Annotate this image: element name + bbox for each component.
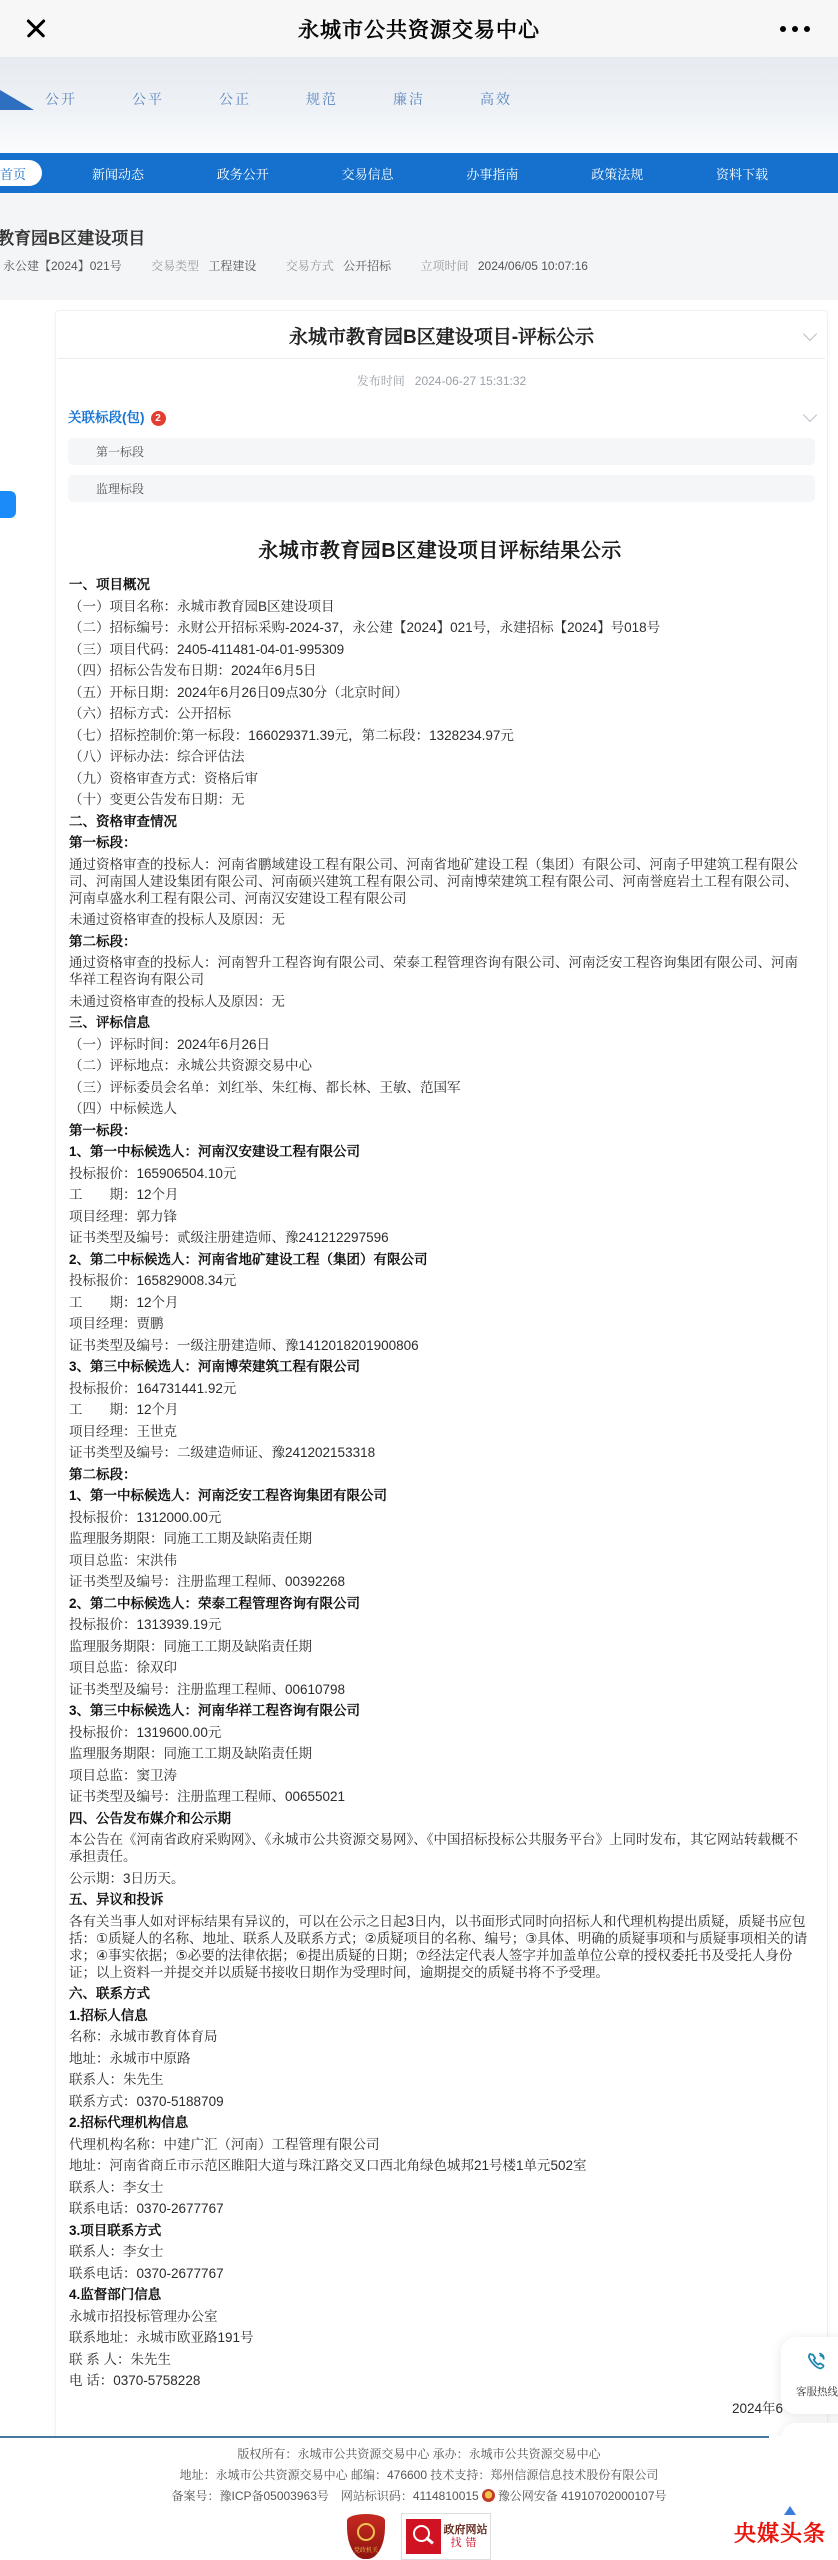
document-date: 2024年6 [69, 2397, 811, 2417]
doc-paragraph: （三）评标委员会名单：刘红举、朱红梅、都长林、王敏、范国军 [69, 1079, 811, 1096]
document-body: 一、项目概况（一）项目名称：永城市教育园B区建设项目（二）招标编号：永财公开招标… [69, 576, 811, 2389]
doc-paragraph: （十）变更公告发布日期：无 [69, 791, 811, 808]
section-list: 第一标段监理标段 [68, 438, 815, 502]
doc-paragraph: 未通过资格审查的投标人及原因：无 [69, 993, 811, 1010]
related-sections-toggle[interactable]: 关联标段(包)2 [68, 406, 815, 426]
doc-paragraph: 第一标段： [69, 1122, 811, 1139]
doc-paragraph: （一）评标时间：2024年6月26日 [69, 1036, 811, 1053]
doc-paragraph: 联系人：李女士 [69, 2179, 811, 2196]
trade-mode-label: 交易方式 [286, 259, 334, 273]
more-menu-icon[interactable] [780, 26, 810, 32]
doc-paragraph: 监理服务期限：同施工工期及缺陷责任期 [69, 1638, 811, 1655]
project-header: 永城市教育园B区建设项目 永公建【2024】021号 交易类型 工程建设 交易方… [0, 193, 838, 300]
doc-paragraph: 项目总监：窦卫涛 [69, 1767, 811, 1784]
doc-paragraph: （七）招标控制价:第一标段：166029371.39元，第二标段：1328234… [69, 727, 811, 744]
doc-paragraph: 投标报价：1319600.00元 [69, 1724, 811, 1741]
media-arrow-icon [784, 2506, 796, 2515]
chevron-down-icon[interactable] [803, 408, 817, 422]
section-bar[interactable]: 监理标段 [68, 475, 815, 502]
banner-slogan: 公开公平公正规范廉洁高效 [45, 89, 512, 109]
doc-paragraph: 投标报价：164731441.92元 [69, 1380, 811, 1397]
doc-paragraph: 投标报价：1312000.00元 [69, 1509, 811, 1526]
document-title: 永城市教育园B区建设项目评标结果公示 [69, 534, 811, 563]
doc-paragraph: 联系人：李女士 [69, 2243, 811, 2260]
doc-paragraph: （五）开标日期：2024年6月26日09点30分（北京时间） [69, 684, 811, 701]
doc-paragraph: 联系人：朱先生 [69, 2071, 811, 2088]
site-footer: 版权所有：永城市公共资源交易中心 承办：永城市公共资源交易中心 地址：永城市公共… [0, 2436, 838, 2560]
slogan-word: 高效 [480, 89, 512, 109]
doc-paragraph: 证书类型及编号：注册监理工程师、00392268 [69, 1573, 811, 1590]
footer-address: 地址：永城市公共资源交易中心 邮编：476600 技术支持：郑州信源信息技术股份… [0, 2465, 838, 2486]
doc-paragraph: 六、联系方式 [69, 1985, 811, 2002]
nav-item[interactable]: 政务公开 [217, 164, 269, 183]
doc-paragraph: 二、资格审查情况 [69, 813, 811, 830]
slogan-word: 公平 [132, 89, 164, 109]
doc-paragraph: 第二标段： [69, 1466, 811, 1483]
doc-paragraph: 一、项目概况 [69, 576, 811, 593]
service-hotline-label: 客服热线 [781, 2384, 838, 2399]
service-hotline-button[interactable]: 客服热线 [781, 2337, 838, 2414]
related-count-badge: 2 [151, 411, 166, 426]
doc-paragraph: 投标报价：165906504.10元 [69, 1165, 811, 1182]
media-watermark: 央媒头条 [734, 2517, 826, 2548]
doc-paragraph: 永城市招投标管理办公室 [69, 2308, 811, 2325]
footer-police[interactable]: 豫公网安备 41910702000107号 [498, 2489, 667, 2503]
site-logo-icon [0, 90, 34, 110]
doc-paragraph: 2.招标代理机构信息 [69, 2114, 811, 2131]
doc-paragraph: 2、第二中标候选人：河南省地矿建设工程（集团）有限公司 [69, 1251, 811, 1268]
notice-title: 永城市教育园B区建设项目-评标公示 [88, 322, 795, 349]
nav-item[interactable]: 新闻动态 [92, 164, 144, 183]
doc-paragraph: （四）招标公告发布日期：2024年6月5日 [69, 662, 811, 679]
footer-divider [0, 2436, 769, 2438]
project-meta: 永公建【2024】021号 交易类型 工程建设 交易方式 公开招标 立项时间 2… [3, 257, 614, 274]
doc-paragraph: 未通过资格审查的投标人及原因：无 [69, 911, 811, 928]
doc-paragraph: 工 期：12个月 [69, 1401, 811, 1418]
slogan-word: 公正 [219, 89, 251, 109]
project-title: 永城市教育园B区建设项目 [0, 224, 145, 249]
police-badge-icon [482, 2489, 495, 2502]
doc-paragraph: （二）评标地点：永城公共资源交易中心 [69, 1057, 811, 1074]
doc-paragraph: 通过资格审查的投标人：河南省鹏域建设工程有限公司、河南省地矿建设工程（集团）有限… [69, 856, 811, 907]
nav-item-home[interactable]: 首页 [0, 160, 42, 186]
nav-item[interactable]: 交易信息 [342, 164, 394, 183]
doc-paragraph: 监理服务期限：同施工工期及缺陷责任期 [69, 1745, 811, 1762]
slogan-word: 规范 [306, 89, 338, 109]
footer-icp: 备案号：豫ICP备05003963号 网站标识码：4114810015 [171, 2489, 478, 2503]
publish-row: 发布时间2024-06-27 15:31:32 [56, 372, 827, 389]
doc-paragraph: 联 系 人：朱先生 [69, 2351, 811, 2368]
doc-paragraph: 地址：河南省商丘市示范区睢阳大道与珠江路交叉口西北角绿色城邦21号楼1单元502… [69, 2157, 811, 2174]
doc-paragraph: 联系方式：0370-5188709 [69, 2093, 811, 2110]
doc-paragraph: 项目经理：王世克 [69, 1423, 811, 1440]
doc-paragraph: 3.项目联系方式 [69, 2222, 811, 2239]
site-banner: 公开公平公正规范廉洁高效 [0, 57, 838, 153]
notice-card: 永城市教育园B区建设项目-评标公示 发布时间2024-06-27 15:31:3… [55, 310, 828, 2444]
doc-paragraph: 地址：永城市中原路 [69, 2050, 811, 2067]
doc-paragraph: 工 期：12个月 [69, 1186, 811, 1203]
section-bar[interactable]: 第一标段 [68, 438, 815, 465]
doc-paragraph: 证书类型及编号：贰级注册建造师、豫241212297596 [69, 1229, 811, 1246]
nav-item[interactable]: 办事指南 [466, 164, 518, 183]
setup-time-label: 立项时间 [421, 259, 469, 273]
footer-icp-row: 备案号：豫ICP备05003963号 网站标识码：4114810015豫公网安备… [0, 2486, 838, 2507]
doc-paragraph: （一）项目名称：永城市教育园B区建设项目 [69, 598, 811, 615]
doc-paragraph: 项目总监：徐双印 [69, 1659, 811, 1676]
doc-paragraph: 3、第三中标候选人：河南博荣建筑工程有限公司 [69, 1358, 811, 1375]
doc-paragraph: 各有关当事人如对评标结果有异议的，可以在公示之日起3日内，以书面形式同时向招标人… [69, 1913, 811, 1981]
doc-paragraph: 五、异议和投诉 [69, 1891, 811, 1908]
doc-paragraph: （三）项目代码：2405-411481-04-01-995309 [69, 641, 811, 658]
nav-items: 新闻动态政务公开交易信息办事指南政策法规资料下载 [92, 153, 768, 193]
doc-paragraph: 通过资格审查的投标人：河南智升工程咨询有限公司、荣泰工程管理咨询有限公司、河南泛… [69, 954, 811, 988]
gov-shield-badge[interactable]: 党政机关 [347, 2514, 385, 2559]
related-label: 关联标段(包) [68, 410, 145, 425]
wechat-titlebar: 永城市公共资源交易中心 [0, 0, 838, 57]
doc-paragraph: 1、第一中标候选人：河南泛安工程咨询集团有限公司 [69, 1487, 811, 1504]
doc-paragraph: 2、第二中标候选人：荣泰工程管理咨询有限公司 [69, 1595, 811, 1612]
doc-paragraph: （九）资格审查方式：资格后审 [69, 770, 811, 787]
footer-badges: 党政机关 政府网站 找错 [0, 2513, 838, 2560]
doc-paragraph: 1、第一中标候选人：河南汉安建设工程有限公司 [69, 1143, 811, 1160]
doc-paragraph: 项目经理：贾鹏 [69, 1315, 811, 1332]
err-badge-line1: 政府网站 [441, 2524, 490, 2537]
doc-paragraph: （六）招标方式：公开招标 [69, 705, 811, 722]
doc-paragraph: 第一标段： [69, 834, 811, 851]
side-share-tab[interactable] [0, 491, 16, 518]
doc-paragraph: 3、第三中标候选人：河南华祥工程咨询有限公司 [69, 1702, 811, 1719]
doc-paragraph: 联系电话：0370-2677767 [69, 2265, 811, 2282]
trade-type-value: 工程建设 [208, 259, 256, 273]
doc-paragraph: 联系电话：0370-2677767 [69, 2200, 811, 2217]
err-badge-line2: 找错 [441, 2537, 490, 2550]
page-title: 永城市公共资源交易中心 [0, 14, 838, 44]
publish-label: 发布时间 [357, 374, 405, 388]
doc-paragraph: 监理服务期限：同施工工期及缺陷责任期 [69, 1530, 811, 1547]
slogan-word: 公开 [45, 89, 77, 109]
doc-paragraph: 证书类型及编号：一级注册建造师、豫1412018201900806 [69, 1337, 811, 1354]
trade-type-label: 交易类型 [151, 259, 199, 273]
doc-paragraph: （二）招标编号：永财公开招标采购-2024-37，永公建【2024】021号，永… [69, 619, 811, 636]
notice-document: 永城市教育园B区建设项目评标结果公示 一、项目概况（一）项目名称：永城市教育园B… [56, 512, 827, 2417]
doc-paragraph: （八）评标办法：综合评估法 [69, 748, 811, 765]
doc-paragraph: 投标报价：165829008.34元 [69, 1272, 811, 1289]
doc-paragraph: 4.监督部门信息 [69, 2286, 811, 2303]
nav-item[interactable]: 政策法规 [591, 164, 643, 183]
footer-copyright: 版权所有：永城市公共资源交易中心 承办：永城市公共资源交易中心 [0, 2444, 838, 2465]
trade-mode-value: 公开招标 [343, 259, 391, 273]
doc-paragraph: 联系地址：永城市欧亚路191号 [69, 2329, 811, 2346]
doc-paragraph: 证书类型及编号：注册监理工程师、00655021 [69, 1788, 811, 1805]
doc-paragraph: 代理机构名称：中建广汇（河南）工程管理有限公司 [69, 2136, 811, 2153]
doc-paragraph: 1.招标人信息 [69, 2007, 811, 2024]
doc-paragraph: 四、公告发布媒介和公示期 [69, 1810, 811, 1827]
magnifier-icon [406, 2519, 441, 2554]
doc-paragraph: 证书类型及编号：二级建造师证、豫241202153318 [69, 1444, 811, 1461]
doc-paragraph: 本公告在《河南省政府采购网》、《永城市公共资源交易网》、《中国招标投标公共服务平… [69, 1831, 811, 1865]
doc-paragraph: 投标报价：1313939.19元 [69, 1616, 811, 1633]
gov-site-error-badge[interactable]: 政府网站 找错 [401, 2513, 491, 2560]
publish-time: 2024-06-27 15:31:32 [415, 374, 526, 388]
nav-item[interactable]: 资料下载 [716, 164, 768, 183]
doc-paragraph: 工 期：12个月 [69, 1294, 811, 1311]
doc-paragraph: 第二标段： [69, 933, 811, 950]
doc-paragraph: 三、评标信息 [69, 1014, 811, 1031]
doc-paragraph: 电 话：0370-5758228 [69, 2372, 811, 2389]
project-code: 永公建【2024】021号 [3, 259, 122, 273]
doc-paragraph: 名称：永城市教育体育局 [69, 2028, 811, 2045]
doc-paragraph: （四）中标候选人 [69, 1100, 811, 1117]
doc-paragraph: 项目总监：宋洪伟 [69, 1552, 811, 1569]
main-nav: 首页 新闻动态政务公开交易信息办事指南政策法规资料下载 [0, 153, 838, 193]
doc-paragraph: 项目经理：郭力锋 [69, 1208, 811, 1225]
notice-header[interactable]: 永城市教育园B区建设项目-评标公示 [58, 311, 825, 359]
setup-time-value: 2024/06/05 10:07:16 [478, 259, 588, 273]
slogan-word: 廉洁 [393, 89, 425, 109]
doc-paragraph: 证书类型及编号：注册监理工程师、00610798 [69, 1681, 811, 1698]
chevron-down-icon[interactable] [803, 327, 817, 341]
doc-paragraph: 公示期：3日历天。 [69, 1870, 811, 1887]
phone-icon [805, 2350, 829, 2374]
